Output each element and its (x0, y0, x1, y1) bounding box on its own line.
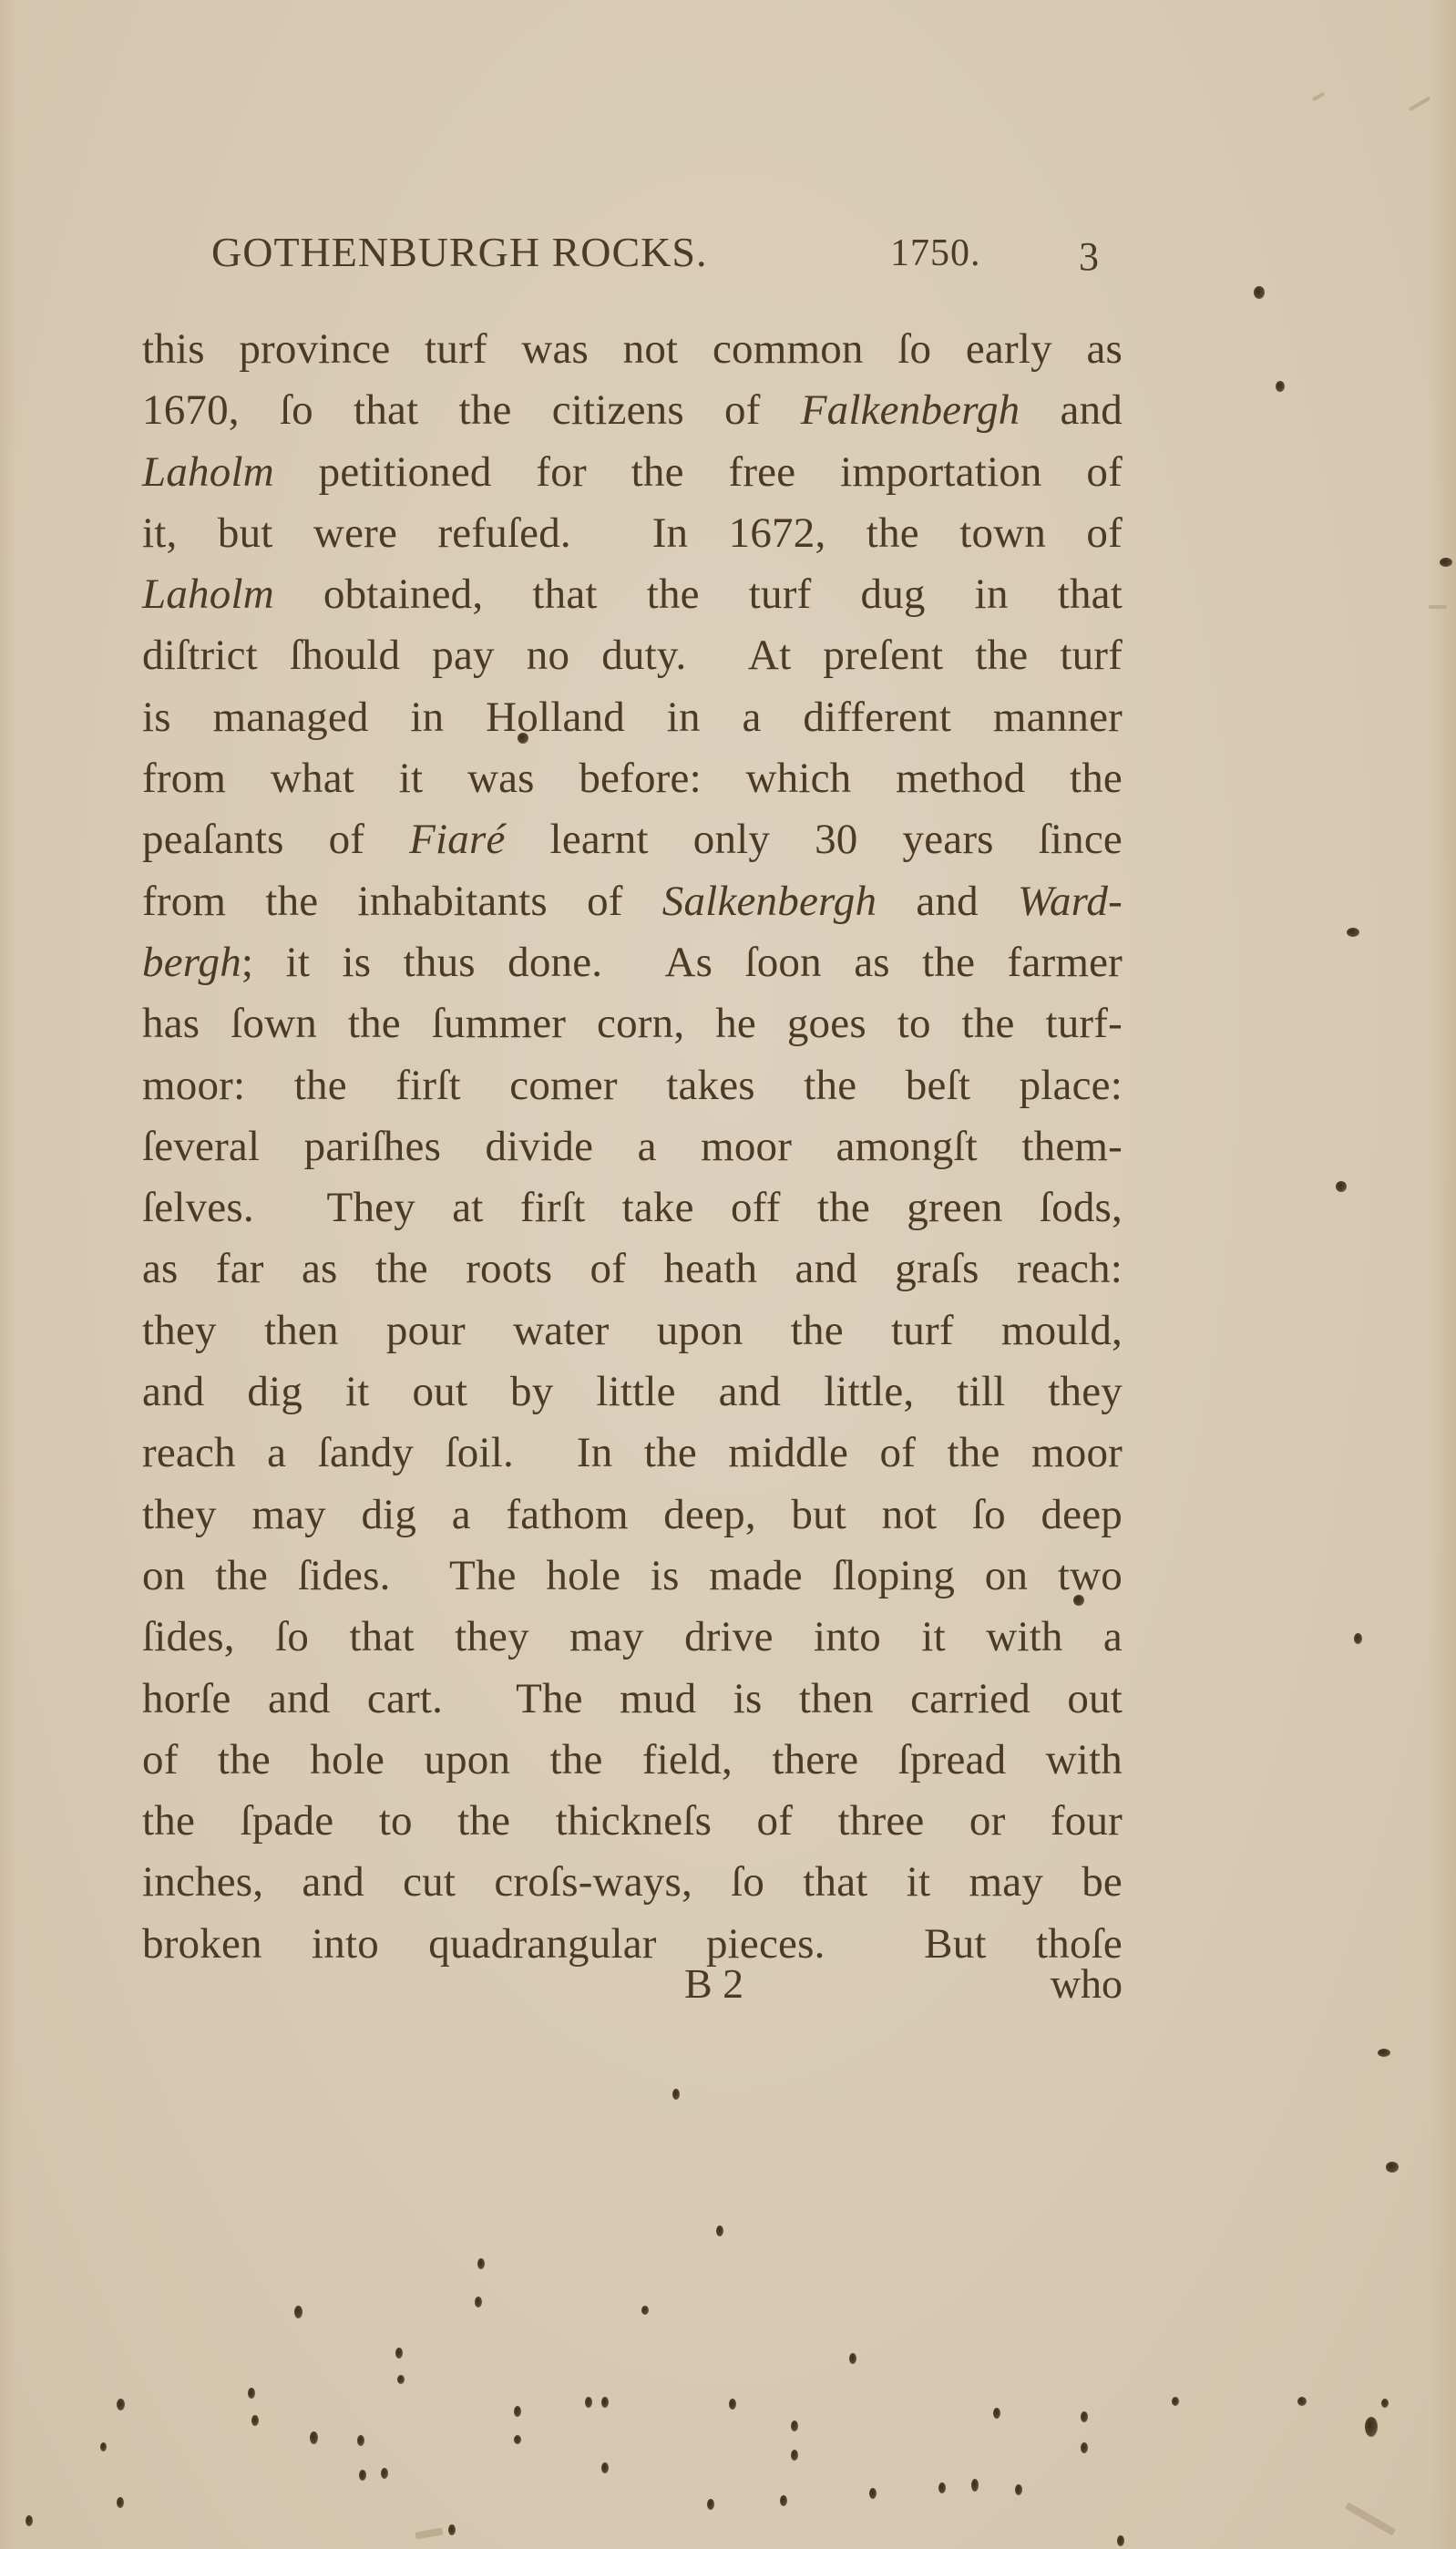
wormhole-spot (294, 2306, 302, 2318)
wormhole-spot (359, 2470, 366, 2481)
wormhole-spot (641, 2306, 649, 2315)
running-head: GOTHENBURGH ROCKS. 1750. 3 (211, 228, 1123, 301)
wormhole-spot (716, 2225, 723, 2236)
wormhole-spot (251, 2415, 259, 2426)
wormhole-spot (791, 2450, 798, 2461)
wormhole-spot (791, 2421, 798, 2431)
text-segment: ; it is thus done. As ſoon as the farmer (241, 939, 1123, 986)
wormhole-spot (475, 2297, 482, 2307)
text-line: has ſown the ſummer corn, he goes to the… (142, 993, 1123, 1054)
text-segment: they then pour water upon the turf mould… (142, 1307, 1123, 1354)
text-segment: on the ſides. The hole is made ſloping o… (142, 1552, 1123, 1599)
wormhole-spot (993, 2408, 1000, 2419)
wormhole-spot (514, 2435, 521, 2444)
wormhole-spot (601, 2462, 609, 2473)
text-line: ſelves. They at firſt take off the green… (142, 1177, 1123, 1239)
running-head-title: GOTHENBURGH ROCKS. (211, 228, 707, 276)
wormhole-spot (248, 2388, 255, 2399)
wormhole-spot (1276, 381, 1285, 392)
text-line: Laholm petitioned for the free importati… (142, 442, 1123, 503)
wormhole-spot (672, 2089, 680, 2100)
wormhole-spot (585, 2397, 592, 2408)
page-edge-right (1429, 0, 1456, 2549)
text-segment: ſelves. They at firſt take off the green… (142, 1184, 1123, 1231)
text-segment: reach a ſandy ſoil. In the middle of the… (142, 1429, 1123, 1476)
page-footer: B 2 who (142, 1959, 1123, 2023)
wormhole-spot (117, 2399, 125, 2410)
wormhole-spot (1015, 2484, 1022, 2495)
catchword: who (1051, 1959, 1123, 2008)
italic-proper-noun: Falkenbergh (801, 386, 1020, 434)
text-line: bergh; it is thus done. As ſoon as the f… (142, 932, 1123, 993)
wormhole-spot (395, 2348, 403, 2359)
wormhole-spot (514, 2406, 521, 2417)
wormhole-spot (1365, 2417, 1378, 2437)
text-segment: peaſants of (142, 816, 409, 863)
italic-proper-noun: Fiaré (409, 816, 505, 863)
wormhole-spot (1347, 928, 1359, 937)
wormhole-spot (310, 2431, 318, 2444)
wormhole-spot (397, 2375, 405, 2384)
text-segment: 1670, ſo that the citizens of (142, 386, 801, 434)
text-segment: and dig it out by little and little, til… (142, 1368, 1123, 1415)
text-line: they then pour water upon the turf mould… (142, 1300, 1123, 1362)
wormhole-spot (869, 2488, 877, 2499)
wormhole-spot (849, 2353, 856, 2364)
text-segment: ſides, ſo that they may drive into it wi… (142, 1613, 1123, 1660)
wormhole-spot (1254, 286, 1265, 299)
text-segment: learnt only 30 years ſince (506, 816, 1123, 863)
text-line: from what it was before: which method th… (142, 748, 1123, 809)
text-segment: has ſown the ſummer corn, he goes to the… (142, 1000, 1123, 1047)
text-line: reach a ſandy ſoil. In the middle of the… (142, 1423, 1123, 1484)
wormhole-spot (938, 2482, 946, 2493)
text-line: this province turf was not common ſo ear… (142, 319, 1123, 380)
wormhole-spot (518, 733, 528, 744)
text-line: peaſants of Fiaré learnt only 30 years ſ… (142, 809, 1123, 870)
text-line: of the hole upon the field, there ſpread… (142, 1730, 1123, 1791)
paper-fleck (1409, 97, 1431, 111)
text-line: is managed in Holland in a different man… (142, 687, 1123, 748)
wormhole-spot (707, 2499, 714, 2510)
text-segment: of the hole upon the field, there ſpread… (142, 1736, 1123, 1783)
text-segment: moor: the firſt comer takes the beſt pla… (142, 1062, 1123, 1109)
wormhole-spot (1117, 2535, 1124, 2546)
body-text: this province turf was not common ſo ear… (142, 319, 1123, 1975)
running-head-year: 1750. (890, 231, 981, 275)
text-segment: ſeveral pariſhes divide a moor amongſt t… (142, 1123, 1123, 1170)
text-line: on the ſides. The hole is made ſloping o… (142, 1546, 1123, 1607)
italic-proper-noun: Laholm (142, 448, 274, 496)
wormhole-spot (100, 2442, 107, 2451)
text-line: ſeveral pariſhes divide a moor amongſt t… (142, 1116, 1123, 1177)
wormhole-spot (780, 2495, 787, 2506)
text-segment: obtained, that the turf dug in that (274, 570, 1123, 618)
text-line: Laholm obtained, that the turf dug in th… (142, 564, 1123, 625)
italic-proper-noun: Salkenbergh (662, 878, 877, 925)
text-line: horſe and cart. The mud is then carried … (142, 1669, 1123, 1730)
paper-fleck (1429, 605, 1447, 609)
text-segment: the ſpade to the thickneſs of three or f… (142, 1797, 1123, 1845)
text-segment: and (1020, 386, 1123, 434)
text-segment: they may dig a fathom deep, but not ſo d… (142, 1491, 1123, 1538)
text-line: the ſpade to the thickneſs of three or f… (142, 1791, 1123, 1852)
text-segment: and (877, 878, 1018, 925)
wormhole-spot (357, 2435, 364, 2446)
text-line: and dig it out by little and little, til… (142, 1362, 1123, 1423)
signature-mark: B 2 (684, 1959, 743, 2008)
text-line: it, but were refuſed. In 1672, the town … (142, 503, 1123, 564)
text-line: diſtrict ſhould pay no duty. At preſent … (142, 625, 1123, 686)
book-page: GOTHENBURGH ROCKS. 1750. 3 this province… (0, 0, 1456, 2549)
wormhole-spot (729, 2399, 736, 2410)
wormhole-spot (1172, 2397, 1179, 2406)
text-line: they may dig a fathom deep, but not ſo d… (142, 1485, 1123, 1546)
paper-fleck (1312, 92, 1325, 101)
italic-proper-noun: Laholm (142, 570, 274, 618)
text-segment: is managed in Holland in a different man… (142, 694, 1123, 741)
text-line: ſides, ſo that they may drive into it wi… (142, 1607, 1123, 1668)
text-segment: horſe and cart. The mud is then carried … (142, 1675, 1123, 1722)
text-segment: as far as the roots of heath and graſs r… (142, 1245, 1123, 1292)
page-edge-left (0, 0, 16, 2549)
text-line: 1670, ſo that the citizens of Falkenberg… (142, 380, 1123, 441)
paper-fleck (415, 2527, 444, 2539)
wormhole-spot (448, 2524, 456, 2535)
text-segment: this province turf was not common ſo ear… (142, 325, 1123, 373)
wormhole-spot (1073, 1595, 1084, 1606)
wormhole-spot (381, 2468, 388, 2479)
wormhole-spot (1440, 558, 1452, 567)
wormhole-spot (1081, 2411, 1088, 2422)
italic-proper-noun: bergh (142, 939, 241, 986)
wormhole-spot (1336, 1181, 1347, 1192)
wormhole-spot (1297, 2397, 1307, 2406)
text-line: as far as the roots of heath and graſs r… (142, 1239, 1123, 1300)
wormhole-spot (1354, 1633, 1362, 1644)
text-line: inches, and cut croſs-ways, ſo that it m… (142, 1852, 1123, 1913)
italic-proper-noun: Ward- (1018, 878, 1123, 925)
wormhole-spot (601, 2397, 609, 2408)
text-segment: inches, and cut croſs-ways, ſo that it m… (142, 1858, 1123, 1906)
wormhole-spot (1381, 2399, 1389, 2408)
wormhole-spot (477, 2258, 485, 2269)
text-segment: from what it was before: which method th… (142, 755, 1123, 802)
text-segment: it, but were refuſed. In 1672, the town … (142, 509, 1123, 557)
wormhole-spot (1081, 2442, 1088, 2453)
wormhole-spot (117, 2497, 124, 2508)
text-segment: diſtrict ſhould pay no duty. At preſent … (142, 632, 1123, 679)
wormhole-spot (971, 2479, 979, 2492)
text-line: from the inhabitants of Salkenbergh and … (142, 871, 1123, 932)
text-line: moor: the firſt comer takes the beſt pla… (142, 1055, 1123, 1116)
page-number: 3 (1079, 233, 1100, 280)
wormhole-spot (1386, 2162, 1399, 2173)
text-segment: petitioned for the free importation of (274, 448, 1123, 496)
wormhole-spot (26, 2515, 33, 2526)
wormhole-spot (1378, 2049, 1390, 2057)
paper-fleck (1345, 2503, 1396, 2536)
text-segment: from the inhabitants of (142, 878, 662, 925)
